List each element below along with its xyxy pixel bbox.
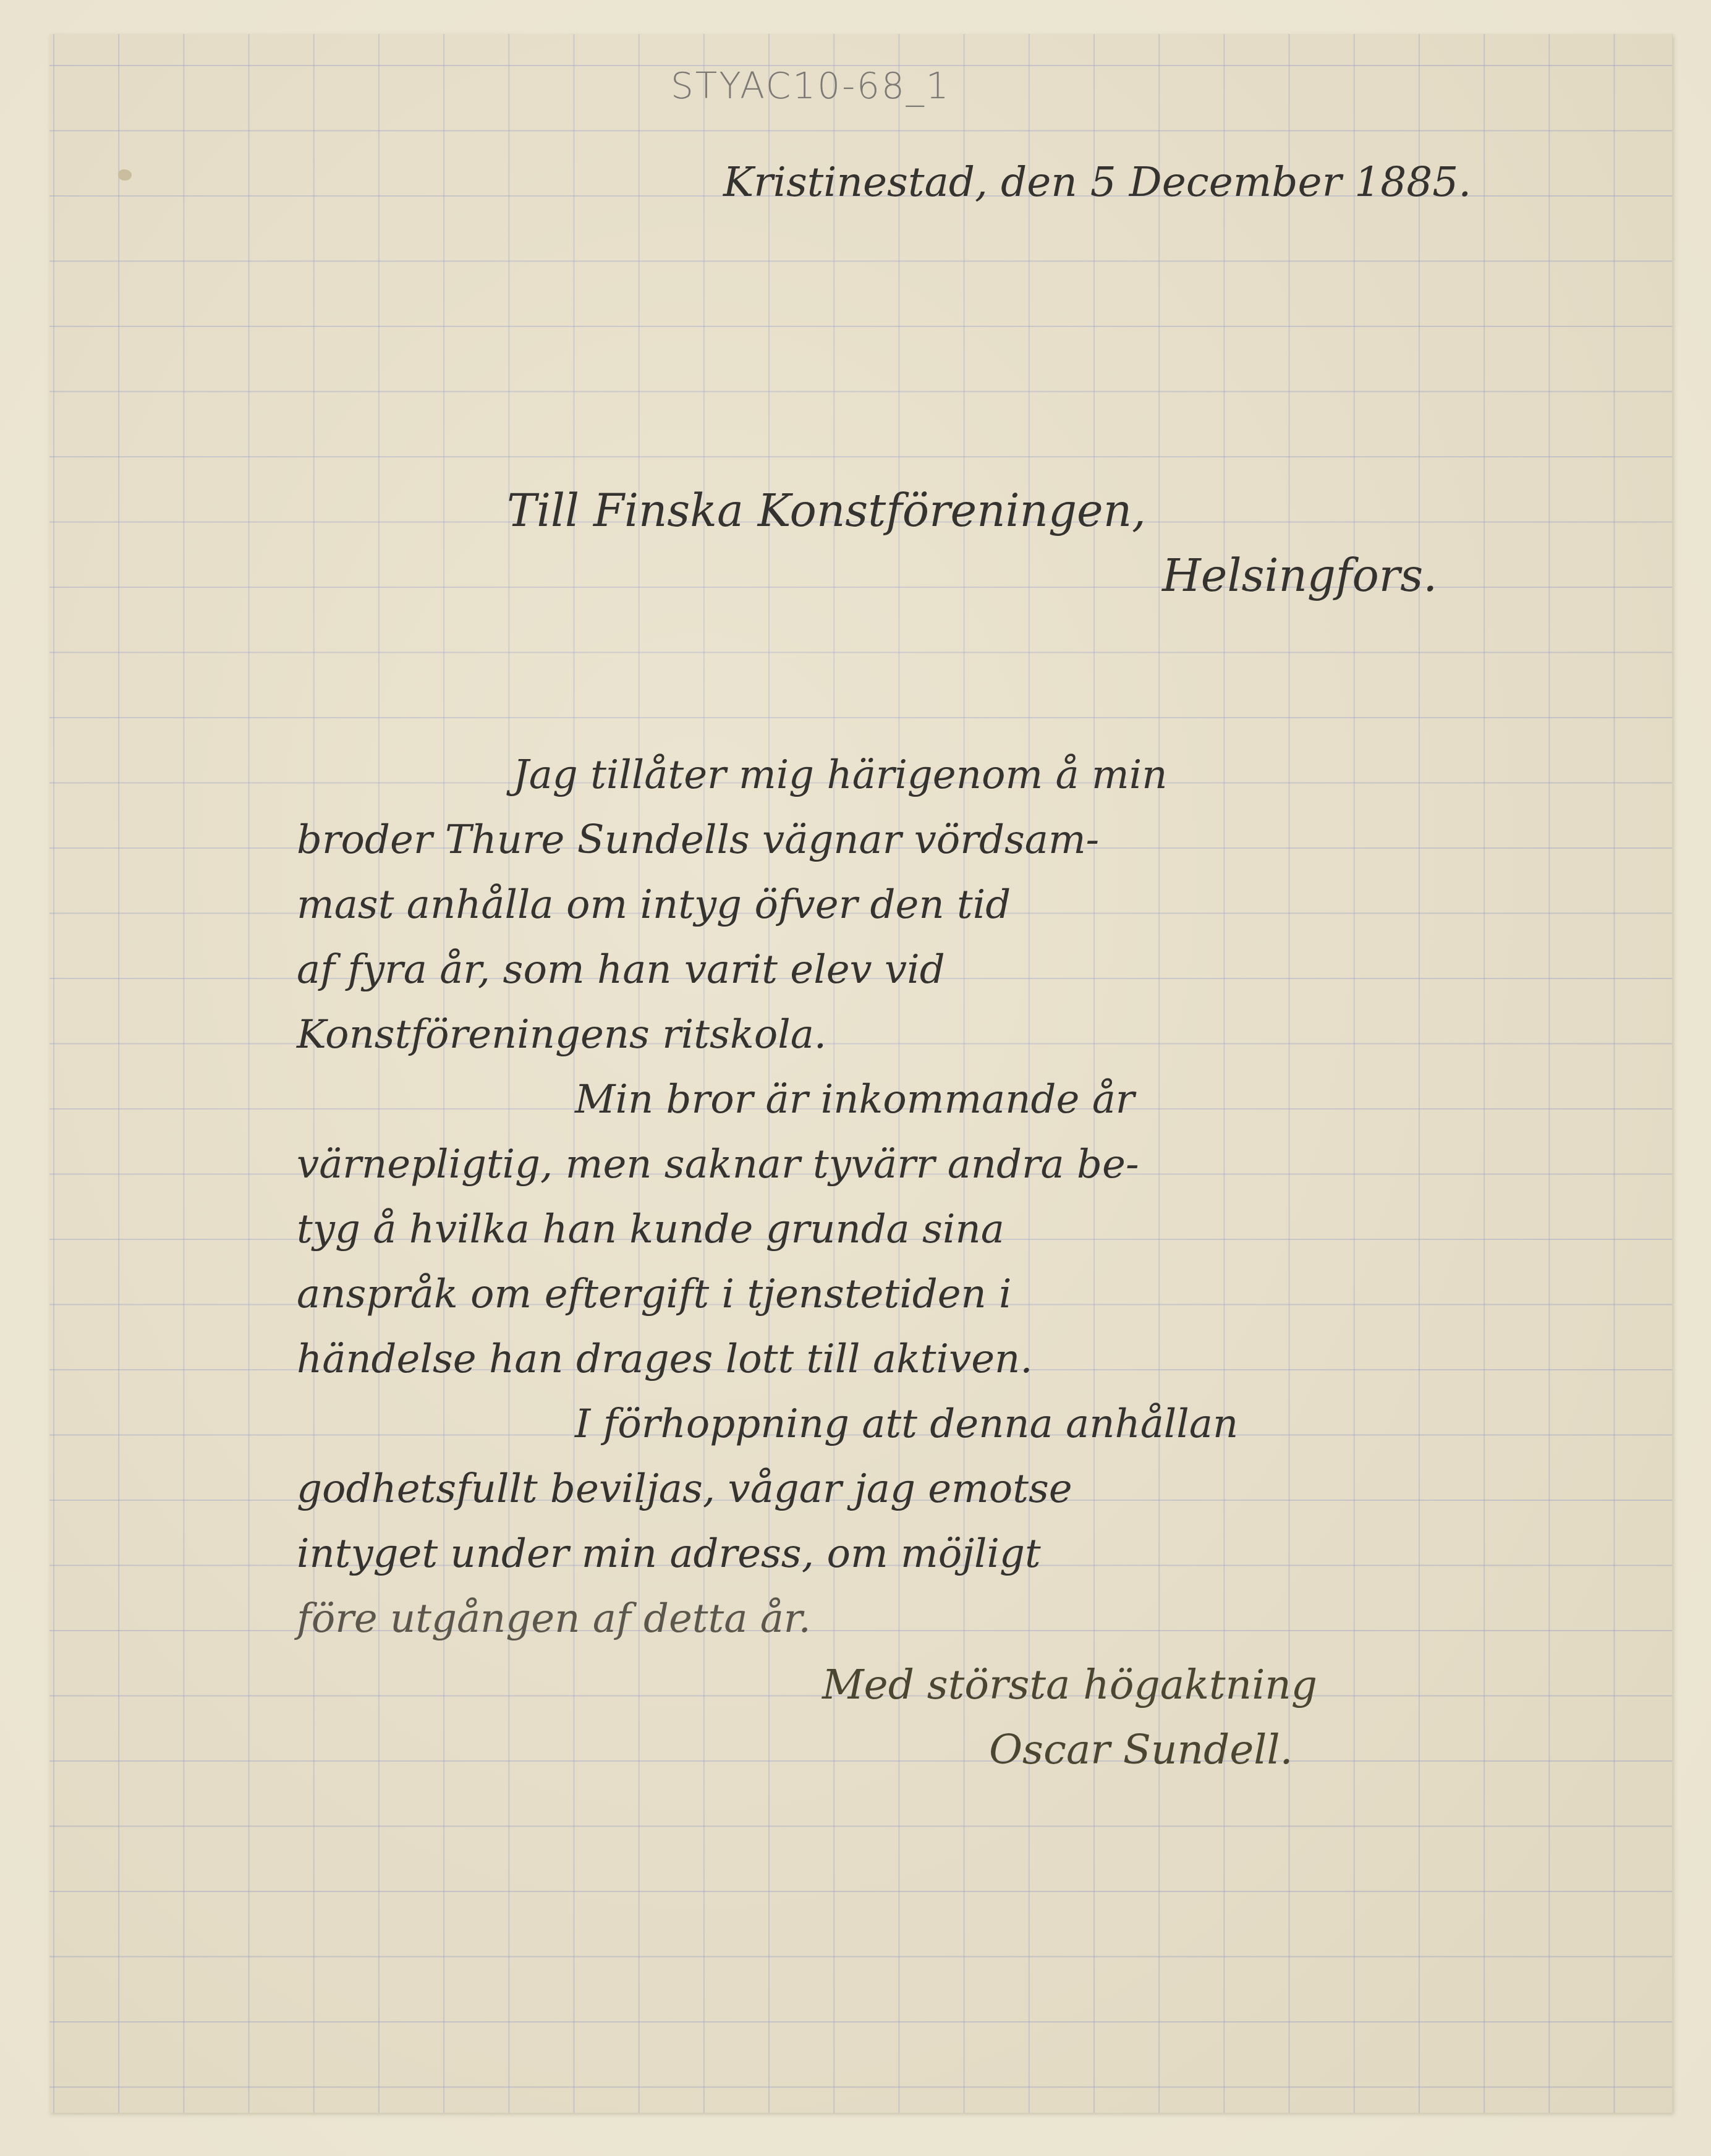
body-line: I förhoppning att denna anhållan xyxy=(575,1404,1238,1444)
body-line: broder Thure Sundells vägnar vördsam- xyxy=(297,820,1099,860)
letter-sheet xyxy=(49,34,1673,2113)
body-line: mast anhålla om intyg öfver den tid xyxy=(297,885,1011,925)
archive-id-pencil-note: STYAC10-68_1 xyxy=(671,65,951,107)
body-line: Jag tillåter mig härigenom å min xyxy=(513,755,1167,795)
recipient-line-1: Till Finska Konstföreningen, xyxy=(507,488,1146,533)
recipient-line-2: Helsingfors. xyxy=(1162,553,1437,598)
body-line: före utgången af detta år. xyxy=(297,1599,811,1639)
body-line: händelse han drages lott till aktiven. xyxy=(297,1339,1033,1379)
paper-hole-damage xyxy=(118,169,132,180)
signature: Oscar Sundell. xyxy=(989,1729,1293,1770)
body-line: tyg å hvilka han kunde grunda sina xyxy=(297,1210,1004,1249)
closing-salutation: Med största högaktning xyxy=(822,1665,1317,1705)
body-line: intyget under min adress, om möjligt xyxy=(297,1534,1041,1574)
body-line: Konstföreningens ritskola. xyxy=(297,1015,826,1055)
body-line: värnepligtig, men saknar tyvärr andra be… xyxy=(297,1145,1139,1184)
place-date-line: Kristinestad, den 5 December 1885. xyxy=(723,162,1471,203)
body-line: godhetsfullt beviljas, vågar jag emotse xyxy=(297,1469,1072,1509)
body-line: af fyra år, som han varit elev vid xyxy=(297,950,945,990)
body-line: Min bror är inkommande år xyxy=(575,1080,1134,1119)
body-line: anspråk om eftergift i tjenstetiden i xyxy=(297,1275,1012,1314)
